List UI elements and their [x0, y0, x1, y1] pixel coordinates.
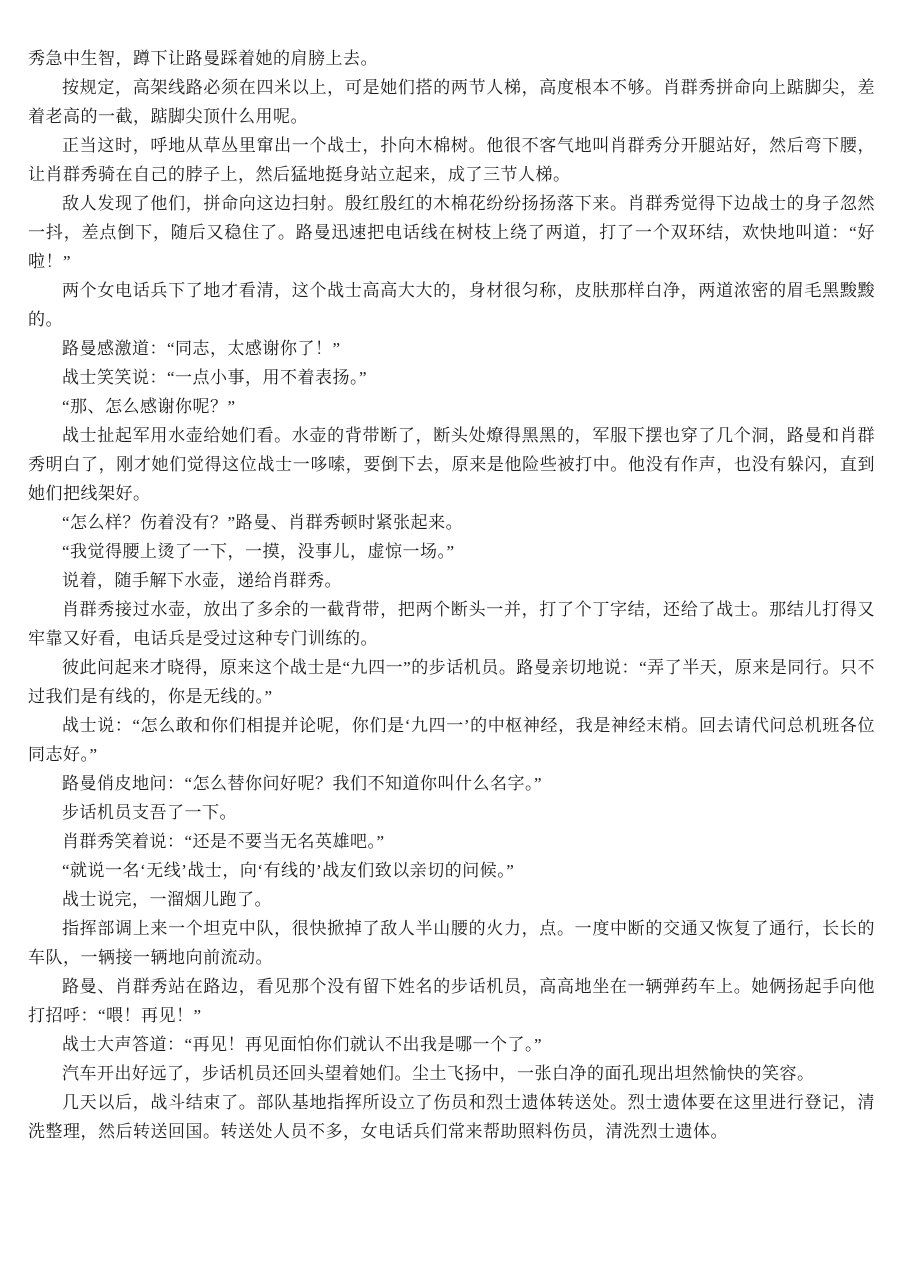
paragraph: 指挥部调上来一个坦克中队，很快掀掉了敌人半山腰的火力，点。一度中断的交通又恢复了… [28, 914, 875, 972]
paragraph: 正当这时，呼地从草丛里窜出一个战士，扑向木棉树。他很不客气地叫肖群秀分开腿站好，… [28, 131, 875, 189]
paragraph: 彼此问起来才晓得，原来这个战士是“九四一”的步话机员。路曼亲切地说：“弄了半天，… [28, 653, 875, 711]
paragraph: 肖群秀接过水壶，放出了多余的一截背带，把两个断头一并，打了个丁字结，还给了战士。… [28, 595, 875, 653]
paragraph: 战士扯起军用水壶给她们看。水壶的背带断了，断头处燎得黑黑的，军服下摆也穿了几个洞… [28, 421, 875, 508]
paragraph: 说着，随手解下水壶，递给肖群秀。 [28, 566, 875, 595]
paragraph: 汽车开出好远了，步话机员还回头望着她们。尘土飞扬中，一张白净的面孔现出坦然愉快的… [28, 1059, 875, 1088]
paragraph: 路曼、肖群秀站在路边，看见那个没有留下姓名的步话机员，高高地坐在一辆弹药车上。她… [28, 972, 875, 1030]
paragraph: 两个女电话兵下了地才看清，这个战士高高大大的，身材很匀称，皮肤那样白净，两道浓密… [28, 276, 875, 334]
paragraph: 战士说：“怎么敢和你们相提并论呢，你们是‘九四一’的中枢神经，我是神经末梢。回去… [28, 711, 875, 769]
paragraph: 肖群秀笑着说：“还是不要当无名英雄吧。” [28, 827, 875, 856]
paragraph: “我觉得腰上烫了一下，一摸，没事儿，虚惊一场。” [28, 537, 875, 566]
document-page: 秀急中生智，蹲下让路曼踩着她的肩膀上去。按规定，高架线路必须在四米以上，可是她们… [0, 0, 900, 1286]
paragraph: 步话机员支吾了一下。 [28, 798, 875, 827]
paragraph: 战士说完，一溜烟儿跑了。 [28, 885, 875, 914]
paragraph: 几天以后，战斗结束了。部队基地指挥所设立了伤员和烈士遗体转送处。烈士遗体要在这里… [28, 1088, 875, 1146]
paragraph: 敌人发现了他们，拼命向这边扫射。殷红殷红的木棉花纷纷扬扬落下来。肖群秀觉得下边战… [28, 189, 875, 276]
paragraph: 路曼感激道：“同志，太感谢你了！” [28, 334, 875, 363]
paragraph: “那、怎么感谢你呢？” [28, 392, 875, 421]
paragraph: 战士大声答道：“再见！再见面怕你们就认不出我是哪一个了。” [28, 1030, 875, 1059]
paragraph: “就说一名‘无线’战士，向‘有线的’战友们致以亲切的问候。” [28, 856, 875, 885]
document-body: 秀急中生智，蹲下让路曼踩着她的肩膀上去。按规定，高架线路必须在四米以上，可是她们… [28, 44, 875, 1146]
paragraph: 秀急中生智，蹲下让路曼踩着她的肩膀上去。 [28, 44, 875, 73]
paragraph: 路曼俏皮地问：“怎么替你问好呢？我们不知道你叫什么名字。” [28, 769, 875, 798]
paragraph: “怎么样？伤着没有？”路曼、肖群秀顿时紧张起来。 [28, 508, 875, 537]
paragraph: 战士笑笑说：“一点小事，用不着表扬。” [28, 363, 875, 392]
paragraph: 按规定，高架线路必须在四米以上，可是她们搭的两节人梯，高度根本不够。肖群秀拼命向… [28, 73, 875, 131]
